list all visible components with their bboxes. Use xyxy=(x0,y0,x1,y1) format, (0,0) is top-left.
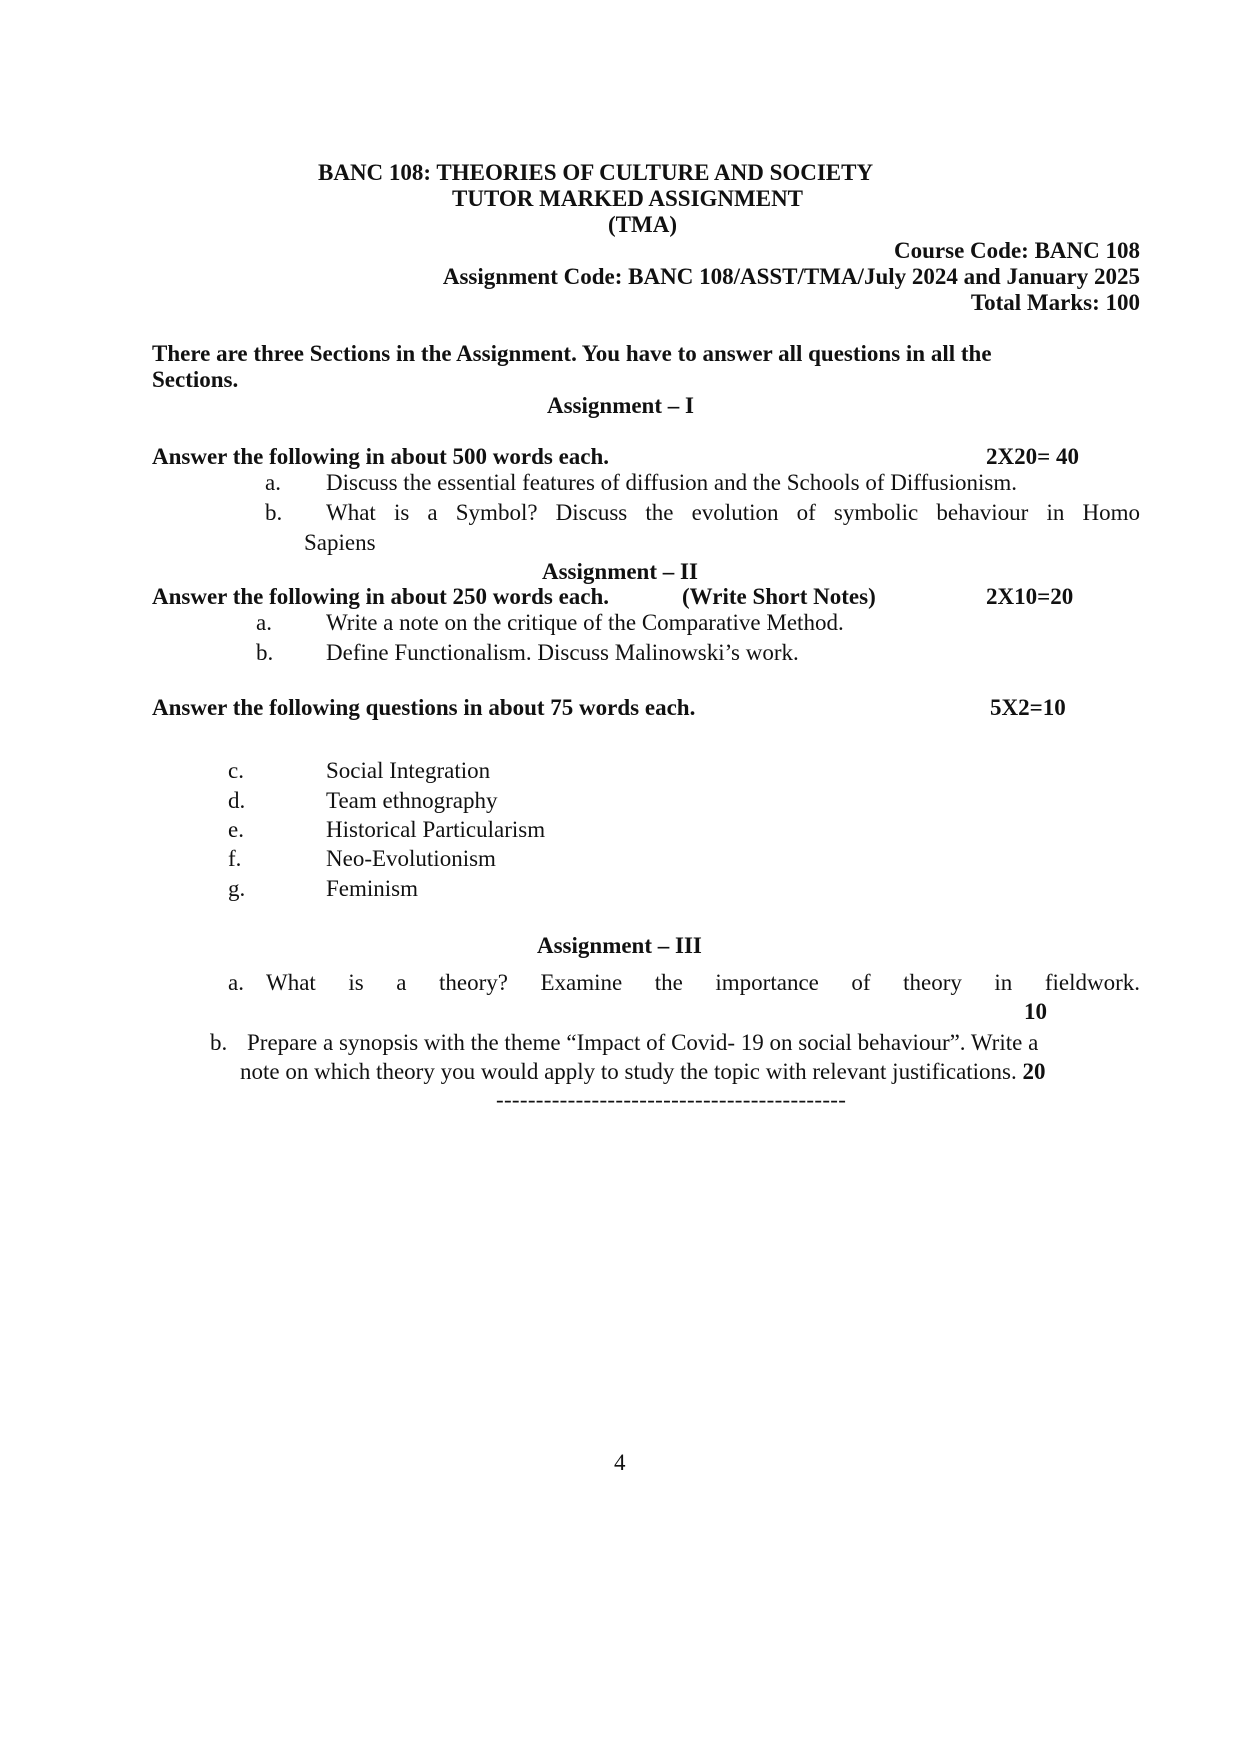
short-question-label: f. xyxy=(228,845,241,873)
short-question-label: g. xyxy=(228,875,245,903)
short-question-text: Team ethnography xyxy=(326,787,497,815)
course-code: Course Code: BANC 108 xyxy=(894,237,1140,265)
subtitle-text: TUTOR MARKED ASSIGNMENT xyxy=(452,185,803,213)
section2-note: (Write Short Notes) xyxy=(682,583,876,611)
document-title: BANC 108: THEORIES OF CULTURE AND SOCIET… xyxy=(318,159,873,187)
question-label: b. xyxy=(265,499,282,527)
section2-instruction: Answer the following in about 250 words … xyxy=(152,583,609,611)
short-question-label: d. xyxy=(228,787,245,815)
question-text: What is a Symbol? Discuss the evolution … xyxy=(326,499,1140,527)
section3-heading: Assignment – III xyxy=(537,932,702,960)
question-continuation: Sapiens xyxy=(304,529,376,557)
short-notes-instruction: Answer the following questions in about … xyxy=(152,694,695,722)
question-label: a. xyxy=(228,969,244,997)
question-label: b. xyxy=(210,1029,227,1057)
section1-heading: Assignment – I xyxy=(547,392,694,420)
short-question-text: Historical Particularism xyxy=(326,816,545,844)
section2-heading: Assignment – II xyxy=(542,558,698,586)
general-instruction-line1: There are three Sections in the Assignme… xyxy=(152,340,992,368)
section1-instruction: Answer the following in about 500 words … xyxy=(152,443,609,471)
assignment-code: Assignment Code: BANC 108/ASST/TMA/July … xyxy=(443,263,1140,291)
total-marks: Total Marks: 100 xyxy=(971,289,1140,317)
question-continuation: note on which theory you would apply to … xyxy=(240,1058,1046,1086)
question-text: Prepare a synopsis with the theme “Impac… xyxy=(247,1029,1038,1057)
section1-marks: 2X20= 40 xyxy=(986,443,1079,471)
end-separator: ----------------------------------------… xyxy=(496,1086,846,1114)
question-text: Discuss the essential features of diffus… xyxy=(326,469,1017,497)
short-notes-marks: 5X2=10 xyxy=(990,694,1066,722)
short-question-label: c. xyxy=(228,757,244,785)
question-text: Define Functionalism. Discuss Malinowski… xyxy=(326,639,799,667)
question-text: What is a theory? Examine the importance… xyxy=(266,969,1140,997)
short-question-text: Feminism xyxy=(326,875,418,903)
general-instruction-line2: Sections. xyxy=(152,366,238,394)
question-text: Write a note on the critique of the Comp… xyxy=(326,609,844,637)
question-label: b. xyxy=(256,639,273,667)
continuation-text: note on which theory you would apply to … xyxy=(240,1059,1017,1084)
short-question-label: e. xyxy=(228,816,244,844)
short-question-text: Social Integration xyxy=(326,757,490,785)
question-label: a. xyxy=(265,469,281,497)
page-number: 4 xyxy=(614,1449,626,1477)
question-marks: 20 xyxy=(1023,1059,1046,1084)
question-label: a. xyxy=(256,609,272,637)
document-abbr: (TMA) xyxy=(608,211,677,239)
short-question-text: Neo-Evolutionism xyxy=(326,845,496,873)
section2-marks: 2X10=20 xyxy=(986,583,1073,611)
question-marks: 10 xyxy=(1024,998,1047,1026)
